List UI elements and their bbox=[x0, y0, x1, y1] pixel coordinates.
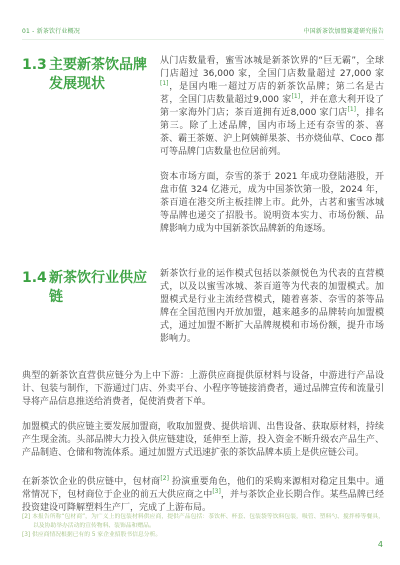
text-run: 从门店数量看，蜜雪冰城是新茶饮界的“巨无霸”，全球门店超过 36,000 家，全… bbox=[160, 56, 384, 79]
section-number: 1.4 bbox=[22, 269, 47, 288]
footnote-ref: [1] bbox=[348, 106, 357, 113]
section-title: 主要新茶饮品牌发展现状 bbox=[49, 57, 147, 92]
text-run: 典型的新茶饮直营供应链分为上中下游：上游供应商提供原材料与设备，中游进行产品设计… bbox=[22, 371, 384, 407]
section-1-3-heading-column: 1.3主要新茶饮品牌发展现状 bbox=[22, 55, 160, 248]
section-1-3-body-column: 从门店数量看，蜜雪冰城是新茶饮界的“巨无霸”，全球门店超过 36,000 家，全… bbox=[160, 55, 384, 248]
paragraph: 典型的新茶饮直营供应链分为上中下游：上游供应商提供原材料与设备，中游进行产品设计… bbox=[22, 370, 384, 409]
section-title: 新茶饮行业供应链 bbox=[49, 270, 147, 305]
paragraph: 资本市场方面，奈雪的茶于 2021 年成功登陆港股，开盘市值 324 亿港元，成… bbox=[160, 171, 384, 236]
text-run: 在新茶饮企业的供应链中，包材商 bbox=[22, 477, 160, 487]
section-1-4-heading-column: 1.4新茶饮行业供应链 bbox=[22, 268, 160, 358]
header-chapter-label: 01 - 新茶饮行业概况 bbox=[22, 26, 80, 35]
paragraph: 在新茶饮企业的供应链中，包材商[2] 扮演重要角色，他们的采购来源相对稳定且集中… bbox=[22, 476, 384, 515]
page-content: 1.3主要新茶饮品牌发展现状 从门店数量看，蜜雪冰城是新茶饮界的“巨无霸”，全球… bbox=[22, 55, 384, 515]
section-number: 1.3 bbox=[22, 56, 47, 75]
section-heading: 1.3主要新茶饮品牌发展现状 bbox=[22, 56, 148, 95]
paragraph: 从门店数量看，蜜雪冰城是新茶饮界的“巨无霸”，全球门店超过 36,000 家，全… bbox=[160, 55, 384, 159]
header-report-title: 中国新茶饮加盟赛道研究报告 bbox=[303, 26, 384, 35]
report-page: 01 - 新茶饮行业概况 中国新茶饮加盟赛道研究报告 1.3主要新茶饮品牌发展现… bbox=[0, 0, 400, 565]
page-header: 01 - 新茶饮行业概况 中国新茶饮加盟赛道研究报告 bbox=[22, 26, 384, 40]
footnote-ref: [1] bbox=[160, 80, 169, 87]
text-run: 加盟模式的供应链主要发展加盟商，收取加盟费、提供培训、出售设备、获取原材料，持续… bbox=[22, 422, 384, 458]
footnote: [3] 供应商情况根据已有的 5 家企业招股书信息分析。 bbox=[22, 531, 384, 540]
text-run: 新茶饮行业的运作模式包括以茶颜悦色为代表的直营模式，以及以蜜雪冰城、茶百道等为代… bbox=[160, 269, 384, 344]
section-1-4: 1.4新茶饮行业供应链 新茶饮行业的运作模式包括以茶颜悦色为代表的直营模式，以及… bbox=[22, 268, 384, 358]
footnote-ref: [2] bbox=[160, 475, 169, 482]
paragraph: 加盟模式的供应链主要发展加盟商，收取加盟费、提供培训、出售设备、获取原材料，持续… bbox=[22, 421, 384, 460]
section-1-4-body-column: 新茶饮行业的运作模式包括以茶颜悦色为代表的直营模式，以及以蜜雪冰城、茶百道等为代… bbox=[160, 268, 384, 358]
footnote: [2] 本报告所称“包材商”，为广义上的包装材料供应商，提供产品包括：茶饮杯、杯… bbox=[22, 513, 384, 531]
footnotes: [2] 本报告所称“包材商”，为广义上的包装材料供应商，提供产品包括：茶饮杯、杯… bbox=[22, 513, 384, 540]
footnote-ref: [1] bbox=[292, 93, 301, 100]
paragraph: 新茶饮行业的运作模式包括以茶颜悦色为代表的直营模式，以及以蜜雪冰城、茶百道等为代… bbox=[160, 268, 384, 346]
text-run: 资本市场方面，奈雪的茶于 2021 年成功登陆港股，开盘市值 324 亿港元，成… bbox=[160, 172, 384, 234]
footnote-ref: [3] bbox=[212, 488, 221, 495]
page-number: 4 bbox=[378, 540, 383, 549]
section-1-3: 1.3主要新茶饮品牌发展现状 从门店数量看，蜜雪冰城是新茶饮界的“巨无霸”，全球… bbox=[22, 55, 384, 248]
section-heading: 1.4新茶饮行业供应链 bbox=[22, 269, 148, 308]
